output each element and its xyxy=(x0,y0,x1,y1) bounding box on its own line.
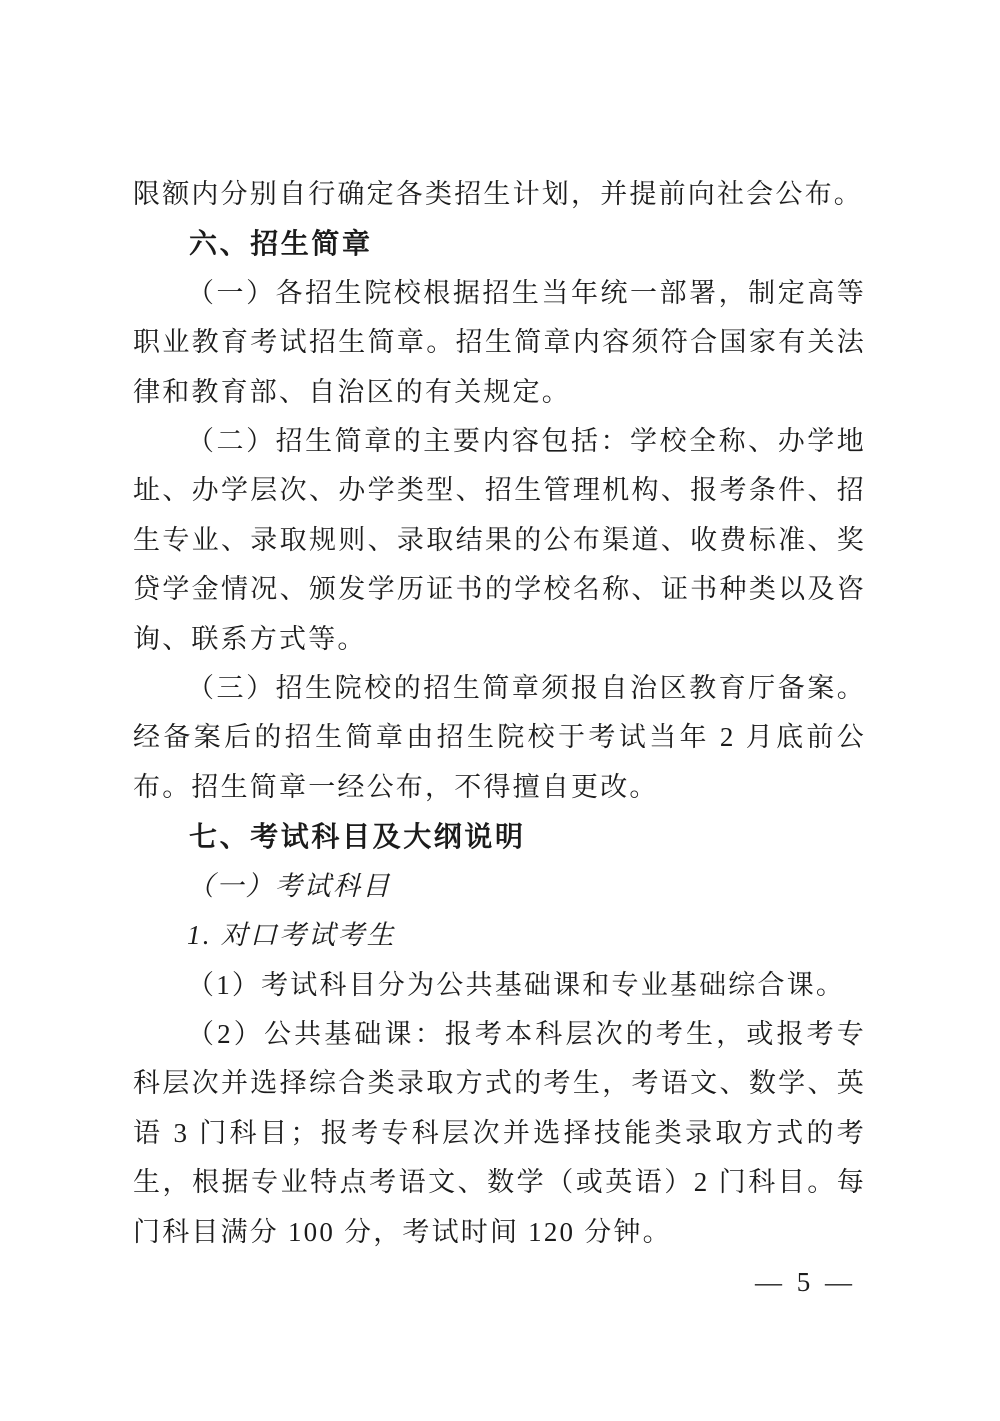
body-paragraph: （二）招生简章的主要内容包括：学校全称、办学地址、办学层次、办学类型、招生管理机… xyxy=(133,417,866,664)
page-number: — 5 — xyxy=(133,1262,856,1302)
document-body: 限额内分别自行确定各类招生计划，并提前向社会公布。六、招生简章（一）各招生院校根… xyxy=(133,170,866,1257)
body-paragraph: （三）招生院校的招生简章须报自治区教育厅备案。经备案后的招生简章由招生院校于考试… xyxy=(133,664,866,812)
sub-heading: （一）考试科目 xyxy=(133,862,866,911)
section-heading: 六、招生简章 xyxy=(133,219,866,268)
document-page: 限额内分别自行确定各类招生计划，并提前向社会公布。六、招生简章（一）各招生院校根… xyxy=(0,0,1000,1421)
sub-heading: 1. 对口考试考生 xyxy=(133,911,866,960)
body-paragraph: （1）考试科目分为公共基础课和专业基础综合课。 xyxy=(133,961,866,1010)
body-paragraph: （2）公共基础课：报考本科层次的考生，或报考专科层次并选择综合类录取方式的考生，… xyxy=(133,1010,866,1257)
body-paragraph: 限额内分别自行确定各类招生计划，并提前向社会公布。 xyxy=(133,170,866,219)
section-heading: 七、考试科目及大纲说明 xyxy=(133,812,866,861)
body-paragraph: （一）各招生院校根据招生当年统一部署，制定高等职业教育考试招生简章。招生简章内容… xyxy=(133,269,866,417)
